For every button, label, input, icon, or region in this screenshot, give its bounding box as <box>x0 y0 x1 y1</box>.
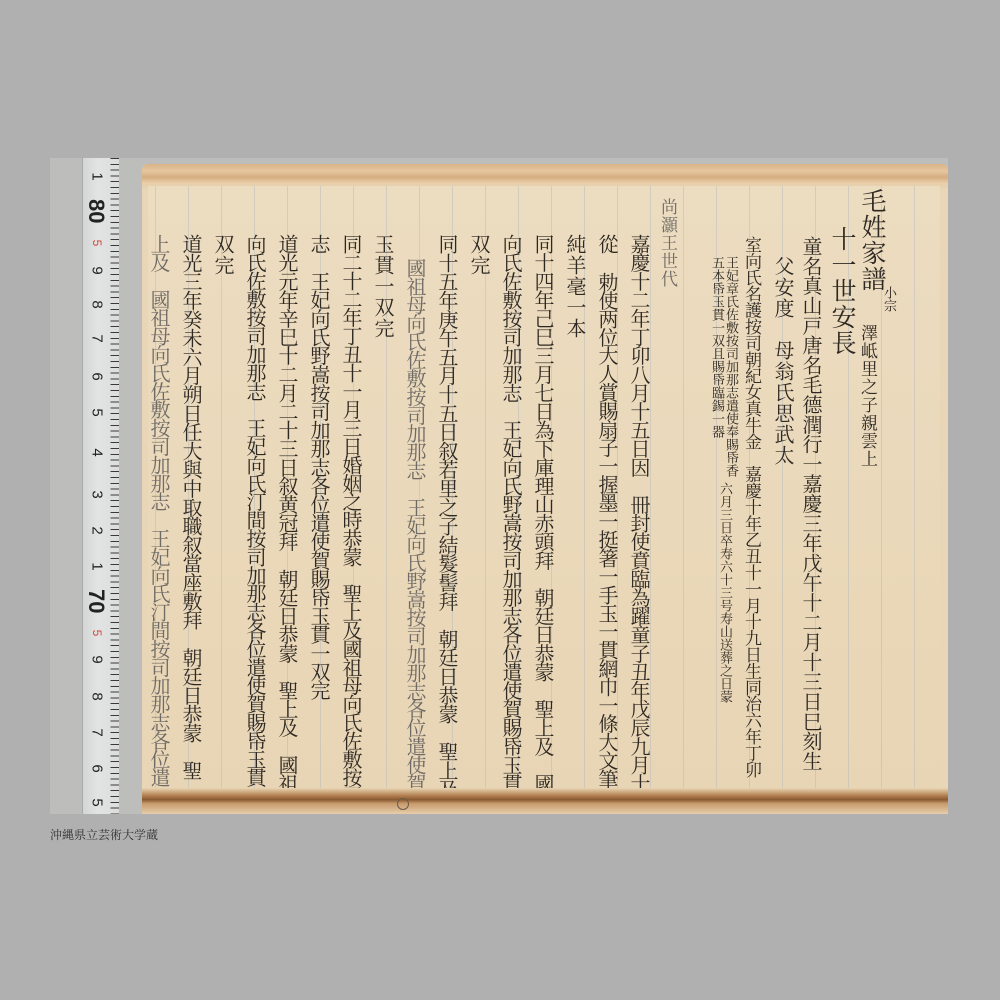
book-bottom-edge <box>142 788 948 814</box>
text-column: 上及 國祖母向氏佐敷按司加那志 王妃向氏汀間按司加那志各位遣 <box>145 234 174 786</box>
text-column: 向氏佐敷按司加那志 王妃向氏野嵩按司加那志各位遣使賀賜帋玉貫一 <box>497 234 526 811</box>
measuring-ruler: 1 80 5 9 8 7 6 5 4 3 2 1 70 5 9 8 7 6 5 <box>82 158 119 814</box>
ruler-label: 6 <box>89 367 106 387</box>
text-column: 勅使两位大人賞賜扇子一握墨一挺箸一手玉一貫網巾一條大文筆一本 <box>593 272 622 814</box>
text-column: 六月三日卒寿六十三号寿山送葬之日蒙 <box>715 482 734 703</box>
ruler-label: 2 <box>89 521 106 541</box>
text-column: 同二十二年丁丑十一月三日婚姻之時恭蒙 聖上及國祖母向氏佐敷按司加那 <box>337 234 366 814</box>
ruler-label: 5 <box>90 623 104 643</box>
text-column: 玉貫一双完 <box>369 234 398 339</box>
text-column: 純羊毫一本 <box>561 234 590 339</box>
ruler-label: 7 <box>89 723 106 743</box>
text-column: 嘉慶十二年丁卯八月十五日因 冊封使賁臨為躍童子丑年戊辰九月十三日 <box>625 234 654 814</box>
ruler-label: 1 <box>89 557 106 577</box>
text-column: 從 <box>593 234 622 255</box>
text-column: 同十四年己巳三月七日為下庫理山赤頭拜 朝廷日恭蒙 聖上及 國祖母 <box>529 234 558 814</box>
ruler-label: 6 <box>89 759 106 779</box>
ruler-label: 8 <box>89 687 106 707</box>
text-column: 双完 <box>209 234 238 276</box>
text-column: 父安度 母翁氏思武太 <box>769 256 798 466</box>
ruler-label: 8 <box>89 295 106 315</box>
collection-caption: 沖縄県立芸術大学蔵 <box>50 826 158 843</box>
ruler-label: 5 <box>89 793 106 813</box>
ruler-label: 7 <box>89 329 106 349</box>
lineage-mark: 小宗 <box>879 286 898 312</box>
genealogy-book: 毛姓家譜 小宗 十一世安長 澤岻里之子親雲上 童名真山戸唐名毛德潤行一嘉慶三年戊… <box>142 164 948 814</box>
text-column: 國祖母向氏佐敷按司加那志 王妃向氏野嵩按司加那志各位遣使賀賜帋 <box>401 258 430 814</box>
ruler-label: 1 <box>89 167 106 187</box>
text-column: 志 王妃向氏野嵩按司加那志各位遣使賀賜帋玉貫一双完 <box>305 234 334 699</box>
reign-note: 尚灝王世代 <box>655 198 680 288</box>
manuscript-page: 毛姓家譜 小宗 十一世安長 澤岻里之子親雲上 童名真山戸唐名毛德潤行一嘉慶三年戊… <box>148 186 940 790</box>
text-column: 道光元年辛巳十二月二十三日叙黄冠拜 朝廷日恭蒙 聖上及 國祖母 <box>273 234 302 811</box>
text-column: 双完 <box>465 234 494 276</box>
page-stamp-icon <box>397 798 409 810</box>
text-column: 向氏佐敷按司加那志 王妃向氏汀間按司加那志各位遣使賀賜帋玉貫一 <box>241 234 270 804</box>
book-top-edge <box>142 164 948 188</box>
ruler-label: 70 <box>83 589 109 609</box>
ruler-label: 80 <box>83 199 109 219</box>
text-column: 同十五年庚午五月十五日叙若里之子結髮髻拜 朝廷日恭蒙 聖上及 <box>433 234 462 798</box>
document-photo: 1 80 5 9 8 7 6 5 4 3 2 1 70 5 9 8 7 6 5 … <box>50 158 948 814</box>
text-column: 室向氏名護按司朝紀女真牛金 嘉慶十年乙丑十一月十九日生同治六年丁卯 <box>739 236 764 777</box>
text-column: 道光三年癸未六月朔日任大與中取職叙當座敷拜 朝廷日恭蒙 聖 <box>177 234 206 779</box>
ruler-label: 9 <box>89 261 106 281</box>
text-column: 五本帋玉貫一双且賜帋臨錫一器 <box>707 256 726 438</box>
ruler-label: 3 <box>89 485 106 505</box>
title-rank: 澤岻里之子親雲上 <box>855 324 880 468</box>
ruler-label: 4 <box>89 443 106 463</box>
ruler-label: 5 <box>89 403 106 423</box>
ruler-label: 5 <box>90 233 104 253</box>
ruler-label: 9 <box>89 650 106 670</box>
ruler-ticks <box>105 158 119 814</box>
text-column: 童名真山戸唐名毛德潤行一嘉慶三年戊午十二月十三日巳刻生 <box>797 236 826 771</box>
